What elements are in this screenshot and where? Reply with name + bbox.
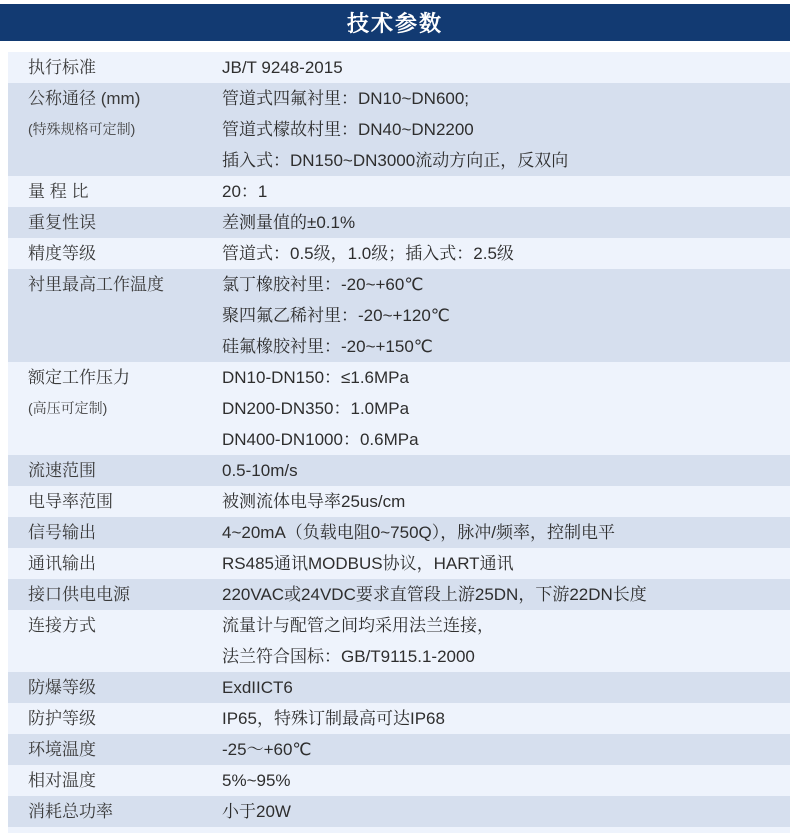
row-value-line: 流量计与配管之间均采用法兰连接， [222, 610, 790, 641]
table-row: 相对温度5%~95% [8, 765, 790, 796]
row-value-line: 220VAC或24VDC要求直管段上游25DN，下游22DN长度 [222, 579, 790, 610]
row-value-column: 0.5-10m/s [222, 455, 790, 486]
row-value-line: 20：1 [222, 176, 790, 207]
row-label: 电导率范围 [28, 486, 222, 517]
row-label-column: 接口供电电源 [8, 579, 222, 610]
row-label-column: 额定工作压力(高压可定制) [8, 362, 222, 455]
table-row: 公称通径 (mm)(特殊规格可定制)管道式四氟衬里：DN10~DN600;管道式… [8, 83, 790, 176]
table-row: 重复性误差测量值的±0.1% [8, 207, 790, 238]
row-label: 防爆等级 [28, 672, 222, 703]
page-title: 技术参数 [347, 7, 443, 38]
row-value-line: 差测量值的±0.1% [222, 207, 790, 238]
row-value-line: 聚四氟乙稀衬里：-20~+120℃ [222, 300, 790, 331]
table-row: 连接方式流量计与配管之间均采用法兰连接，法兰符合国标：GB/T9115.1-20… [8, 610, 790, 672]
row-label-column: 电导率范围 [8, 486, 222, 517]
row-label: 重复性误 [28, 207, 222, 238]
spec-table: 执行标准JB/T 9248-2015公称通径 (mm)(特殊规格可定制)管道式四… [8, 52, 790, 827]
header-bar: 技术参数 [0, 4, 790, 41]
table-row: 额定工作压力(高压可定制)DN10-DN150：≤1.6MPaDN200-DN3… [8, 362, 790, 455]
row-label: 相对温度 [28, 765, 222, 796]
row-label-column: 信号输出 [8, 517, 222, 548]
row-label-column: 防爆等级 [8, 672, 222, 703]
row-value-column: 被测流体电导率25us/cm [222, 486, 790, 517]
row-value-column: DN10-DN150：≤1.6MPaDN200-DN350：1.0MPaDN40… [222, 362, 790, 455]
row-value-column: 220VAC或24VDC要求直管段上游25DN，下游22DN长度 [222, 579, 790, 610]
row-value-column: JB/T 9248-2015 [222, 52, 790, 83]
table-row: 精度等级管道式：0.5级，1.0级；插入式：2.5级 [8, 238, 790, 269]
row-label: 精度等级 [28, 238, 222, 269]
table-row: 通讯输出RS485通讯MODBUS协议，HART通讯 [8, 548, 790, 579]
row-label: 消耗总功率 [28, 796, 222, 827]
row-label: 额定工作压力 [28, 362, 222, 393]
row-label-column: 重复性误 [8, 207, 222, 238]
row-label-column: 连接方式 [8, 610, 222, 672]
table-row: 流速范围0.5-10m/s [8, 455, 790, 486]
row-label-column: 公称通径 (mm)(特殊规格可定制) [8, 83, 222, 176]
row-label-column: 衬里最高工作温度 [8, 269, 222, 362]
row-label: 衬里最高工作温度 [28, 269, 222, 300]
row-label-column: 相对温度 [8, 765, 222, 796]
row-label-column: 环境温度 [8, 734, 222, 765]
table-row: 执行标准JB/T 9248-2015 [8, 52, 790, 83]
row-value-line: 插入式：DN150~DN3000流动方向正，反双向 [222, 145, 790, 176]
row-value-column: IP65，特殊订制最高可达IP68 [222, 703, 790, 734]
row-value-line: 5%~95% [222, 765, 790, 796]
row-label: 信号输出 [28, 517, 222, 548]
row-value-line: 管道式四氟衬里：DN10~DN600; [222, 83, 790, 114]
row-value-line: -25～+60℃ [222, 734, 790, 765]
row-label-column: 执行标准 [8, 52, 222, 83]
row-value-line: RS485通讯MODBUS协议，HART通讯 [222, 548, 790, 579]
table-row: 消耗总功率小于20W [8, 796, 790, 827]
row-value-line: 氯丁橡胶衬里：-20~+60℃ [222, 269, 790, 300]
row-value-column: 氯丁橡胶衬里：-20~+60℃聚四氟乙稀衬里：-20~+120℃硅氟橡胶衬里：-… [222, 269, 790, 362]
row-value-column: ExdIICT6 [222, 672, 790, 703]
row-value-line: JB/T 9248-2015 [222, 52, 790, 83]
table-row: 接口供电电源220VAC或24VDC要求直管段上游25DN，下游22DN长度 [8, 579, 790, 610]
row-value-column: 小于20W [222, 796, 790, 827]
table-row: 衬里最高工作温度氯丁橡胶衬里：-20~+60℃聚四氟乙稀衬里：-20~+120℃… [8, 269, 790, 362]
row-label: 公称通径 (mm) [28, 83, 222, 114]
row-label-column: 精度等级 [8, 238, 222, 269]
row-value-column: 5%~95% [222, 765, 790, 796]
row-value-column: RS485通讯MODBUS协议，HART通讯 [222, 548, 790, 579]
row-label-column: 流速范围 [8, 455, 222, 486]
table-row: 环境温度-25～+60℃ [8, 734, 790, 765]
row-label: 防护等级 [28, 703, 222, 734]
row-value-column: -25～+60℃ [222, 734, 790, 765]
row-value-line: 小于20W [222, 796, 790, 827]
row-label: 流速范围 [28, 455, 222, 486]
row-label: 环境温度 [28, 734, 222, 765]
row-value-line: 硅氟橡胶衬里：-20~+150℃ [222, 331, 790, 362]
row-value-line: IP65，特殊订制最高可达IP68 [222, 703, 790, 734]
bottom-strip [8, 827, 790, 833]
row-value-line: 管道式檬故村里：DN40~DN2200 [222, 114, 790, 145]
row-label-column: 量 程 比 [8, 176, 222, 207]
row-label: 接口供电电源 [28, 579, 222, 610]
row-label-column: 消耗总功率 [8, 796, 222, 827]
row-value-column: 管道式四氟衬里：DN10~DN600;管道式檬故村里：DN40~DN2200插入… [222, 83, 790, 176]
table-row: 信号输出4~20mA（负载电阻0~750Q），脉冲/频率，控制电平 [8, 517, 790, 548]
row-label: 量 程 比 [28, 176, 222, 207]
header-gap [0, 41, 790, 52]
table-row: 防护等级IP65，特殊订制最高可达IP68 [8, 703, 790, 734]
row-value-line: 0.5-10m/s [222, 455, 790, 486]
row-value-line: 法兰符合国标：GB/T9115.1-2000 [222, 641, 790, 672]
row-sublabel: (特殊规格可定制) [28, 114, 222, 145]
row-value-line: ExdIICT6 [222, 672, 790, 703]
row-label: 执行标准 [28, 52, 222, 83]
row-value-line: 被测流体电导率25us/cm [222, 486, 790, 517]
row-label-column: 防护等级 [8, 703, 222, 734]
row-value-column: 4~20mA（负载电阻0~750Q），脉冲/频率，控制电平 [222, 517, 790, 548]
table-row: 电导率范围被测流体电导率25us/cm [8, 486, 790, 517]
row-value-column: 差测量值的±0.1% [222, 207, 790, 238]
row-value-column: 20：1 [222, 176, 790, 207]
row-label: 连接方式 [28, 610, 222, 641]
row-value-column: 流量计与配管之间均采用法兰连接，法兰符合国标：GB/T9115.1-2000 [222, 610, 790, 672]
row-value-column: 管道式：0.5级，1.0级；插入式：2.5级 [222, 238, 790, 269]
table-row: 量 程 比20：1 [8, 176, 790, 207]
table-row: 防爆等级ExdIICT6 [8, 672, 790, 703]
row-value-line: 4~20mA（负载电阻0~750Q），脉冲/频率，控制电平 [222, 517, 790, 548]
row-label-column: 通讯输出 [8, 548, 222, 579]
row-value-line: DN200-DN350：1.0MPa [222, 393, 790, 424]
row-value-line: 管道式：0.5级，1.0级；插入式：2.5级 [222, 238, 790, 269]
row-sublabel: (高压可定制) [28, 393, 222, 424]
row-label: 通讯输出 [28, 548, 222, 579]
row-value-line: DN400-DN1000：0.6MPa [222, 424, 790, 455]
row-value-line: DN10-DN150：≤1.6MPa [222, 362, 790, 393]
